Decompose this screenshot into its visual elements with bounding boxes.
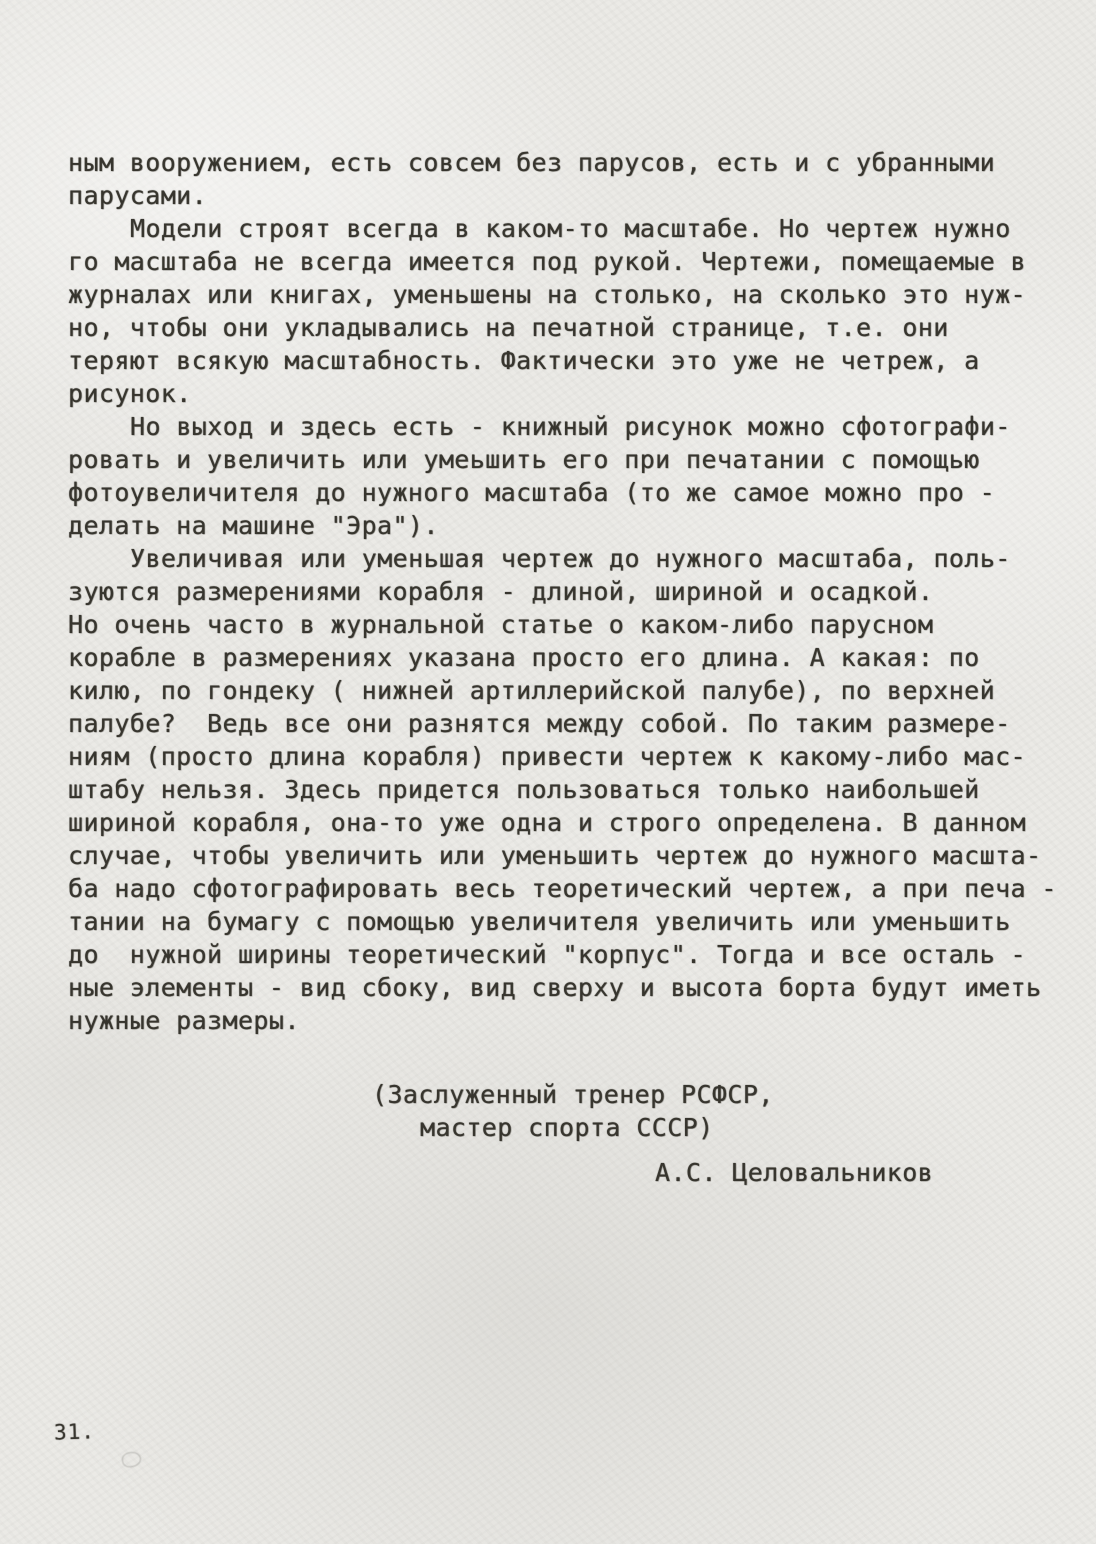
signature-author: А.С. Целовальников bbox=[372, 1156, 933, 1189]
text-line: килю, по гондеку ( нижней артиллерийской… bbox=[68, 674, 1048, 707]
text-line: но, чтобы они укладывались на печатной с… bbox=[68, 311, 1048, 344]
signature-credentials-line1: (Заслуженный тренер РСФСР, bbox=[372, 1078, 933, 1111]
text-line: теряют всякую масштабность. Фактически э… bbox=[68, 344, 1048, 377]
signature-block: (Заслуженный тренер РСФСР, мастер спорта… bbox=[372, 1078, 933, 1189]
text-line: ровать и увеличить или умеьшить его при … bbox=[68, 443, 1048, 476]
scanned-typewritten-page: ным вооружением, есть совсем без парусов… bbox=[0, 0, 1096, 1544]
text-line: делать на машине "Эра"). bbox=[68, 509, 1048, 542]
text-line: го масштаба не всегда имеется под рукой.… bbox=[68, 245, 1048, 278]
text-line: парусами. bbox=[68, 179, 1048, 212]
text-line: журналах или книгах, уменьшены на стольк… bbox=[68, 278, 1048, 311]
page-number: 31. bbox=[54, 1419, 96, 1444]
text-line: Но очень часто в журнальной статье о как… bbox=[68, 608, 1048, 641]
signature-credentials-line2: мастер спорта СССР) bbox=[372, 1111, 933, 1144]
text-line: ниям (просто длина корабля) привести чер… bbox=[68, 740, 1048, 773]
text-line: корабле в размерениях указана просто его… bbox=[68, 641, 1048, 674]
text-line: фотоувеличителя до нужного масштаба (то … bbox=[68, 476, 1048, 509]
smudge-mark bbox=[121, 1450, 143, 1469]
text-line: до нужной ширины теоретический "корпус".… bbox=[68, 938, 1048, 971]
text-line: ным вооружением, есть совсем без парусов… bbox=[68, 146, 1048, 179]
text-line: шириной корабля, она-то уже одна и строг… bbox=[68, 806, 1048, 839]
body-text: ным вооружением, есть совсем без парусов… bbox=[68, 146, 1048, 1037]
text-line: рисунок. bbox=[68, 377, 1048, 410]
text-line: Но выход и здесь есть - книжный рисунок … bbox=[68, 410, 1048, 443]
text-line: палубе? Ведь все они разнятся между собо… bbox=[68, 707, 1048, 740]
text-line: случае, чтобы увеличить или уменьшить че… bbox=[68, 839, 1048, 872]
text-line: нужные размеры. bbox=[68, 1004, 1048, 1037]
text-line: ные элементы - вид сбоку, вид сверху и в… bbox=[68, 971, 1048, 1004]
text-line: Модели строят всегда в каком-то масштабе… bbox=[68, 212, 1048, 245]
text-line: ба надо сфотографировать весь теоретичес… bbox=[68, 872, 1048, 905]
text-line: Увеличивая или уменьшая чертеж до нужног… bbox=[68, 542, 1048, 575]
text-line: тании на бумагу с помощью увеличителя ув… bbox=[68, 905, 1048, 938]
text-line: зуются размерениями корабля - длиной, ши… bbox=[68, 575, 1048, 608]
text-line: штабу нельзя. Здесь придется пользоватьс… bbox=[68, 773, 1048, 806]
